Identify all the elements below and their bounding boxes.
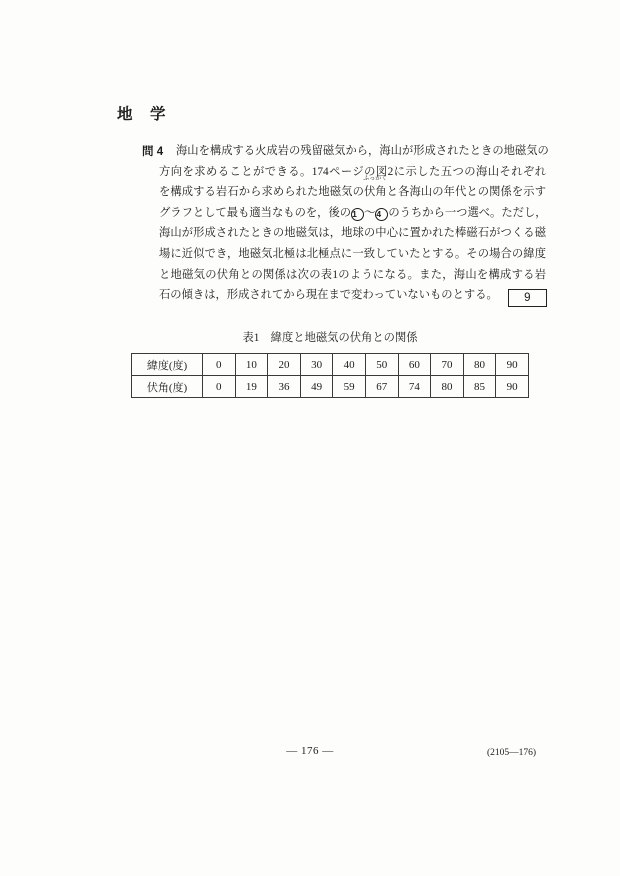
subject-heading: 地 学 <box>117 102 167 124</box>
table-row: 緯度(度)0102030405060708090 <box>132 354 529 376</box>
doc-code: (2105—176) <box>487 748 536 758</box>
table-cell: 90 <box>496 354 529 376</box>
exam-page: 地 学 問 4 海山を構成する火成岩の残留磁気から，海山が形成されたときの地磁気… <box>0 0 620 876</box>
table-cell: 36 <box>268 376 301 398</box>
ruby-term: 伏角ふっかく <box>364 182 387 203</box>
table-cell: 85 <box>463 376 496 398</box>
table-cell: 0 <box>203 376 236 398</box>
table-cell: 40 <box>333 354 366 376</box>
table-cell: 80 <box>463 354 496 376</box>
table-cell: 19 <box>235 376 268 398</box>
table-cell: 49 <box>300 376 333 398</box>
table-cell: 0 <box>203 354 236 376</box>
question-line: 石の傾きは，形成されてから現在まで変わっていないものとする。9 <box>159 285 546 306</box>
circled-choice-number: 1 <box>351 208 364 221</box>
question-body: 海山を構成する火成岩の残留磁気から，海山が形成されたときの地磁気の方向を求めるこ… <box>159 141 546 306</box>
table-caption: 表1 緯度と地磁気の伏角との関係 <box>131 329 529 345</box>
table-cell: 70 <box>431 354 464 376</box>
table-body: 緯度(度)0102030405060708090伏角(度)01936495967… <box>132 354 529 398</box>
table-cell: 67 <box>365 376 398 398</box>
question-line: グラフとして最も適当なものを，後の1～4のうちから一つ選べ。ただし， <box>159 203 546 224</box>
question-line: 海山が形成されたときの地磁気は，地球の中心に置かれた棒磁石がつくる磁 <box>159 223 546 244</box>
table-cell: 20 <box>268 354 301 376</box>
question-line: 海山を構成する火成岩の残留磁気から，海山が形成されたときの地磁気の <box>159 141 546 162</box>
answer-number-box: 9 <box>508 289 547 307</box>
table-cell: 74 <box>398 376 431 398</box>
question-line: と地磁気の伏角との関係は次の表1のようになる。また，海山を構成する岩 <box>159 265 546 286</box>
question-line: を構成する岩石から求められた地磁気の伏角ふっかくと各海山の年代との関係を示す <box>159 182 546 203</box>
table-row: 伏角(度)0193649596774808590 <box>132 376 529 398</box>
table-cell: 30 <box>300 354 333 376</box>
question-line: 場に近似でき，地磁気北極は北極点に一致していたとする。その場合の緯度 <box>159 244 546 265</box>
row-header: 伏角(度) <box>132 376 203 398</box>
table-cell: 59 <box>333 376 366 398</box>
latitude-inclination-table: 緯度(度)0102030405060708090伏角(度)01936495967… <box>131 353 529 398</box>
circled-choice-number: 4 <box>375 208 388 221</box>
table-cell: 90 <box>496 376 529 398</box>
question-line: 方向を求めることができる。174ページの図2に示した五つの海山それぞれ <box>159 162 546 183</box>
row-header: 緯度(度) <box>132 354 203 376</box>
table-cell: 50 <box>365 354 398 376</box>
ruby-reading: ふっかく <box>363 176 387 182</box>
table-cell: 10 <box>235 354 268 376</box>
table-cell: 60 <box>398 354 431 376</box>
table-cell: 80 <box>431 376 464 398</box>
